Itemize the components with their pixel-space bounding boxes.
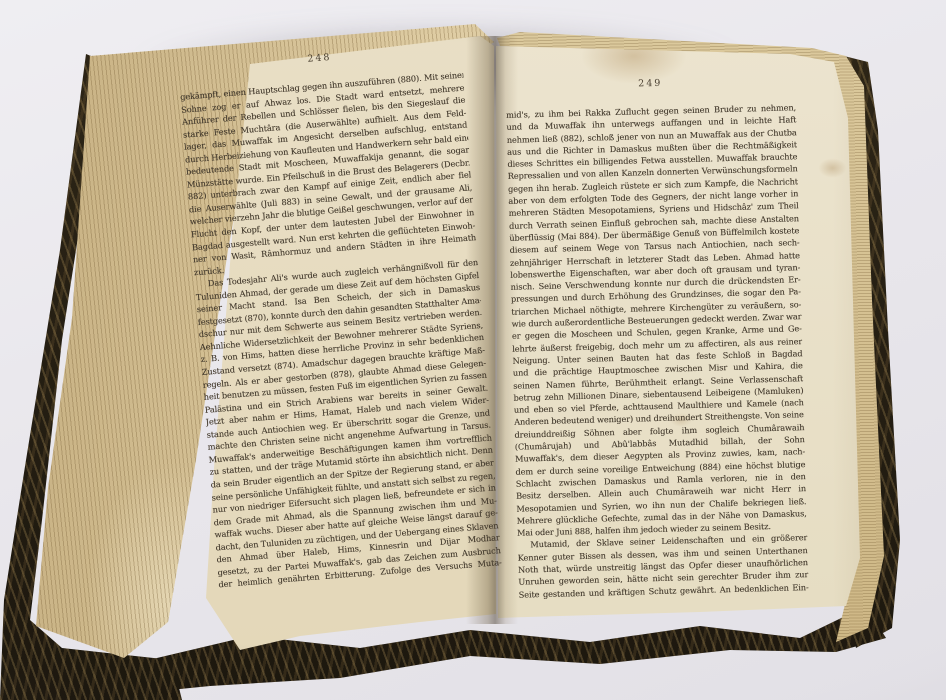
page-249-lines: mid's, zu ihm bei Rakka Zuflucht gegen s…: [506, 101, 809, 600]
page-249-text-block: 249 mid's, zu ihm bei Rakka Zuflucht geg…: [505, 74, 809, 603]
page-248-text-block: 248 gekämpft, einen Hauptschlag gegen ih…: [177, 42, 502, 597]
book-photograph: 248 gekämpft, einen Hauptschlag gegen ih…: [0, 0, 946, 700]
page-248-lines: gekämpft, einen Hauptschlag gegen ihn au…: [180, 69, 503, 592]
